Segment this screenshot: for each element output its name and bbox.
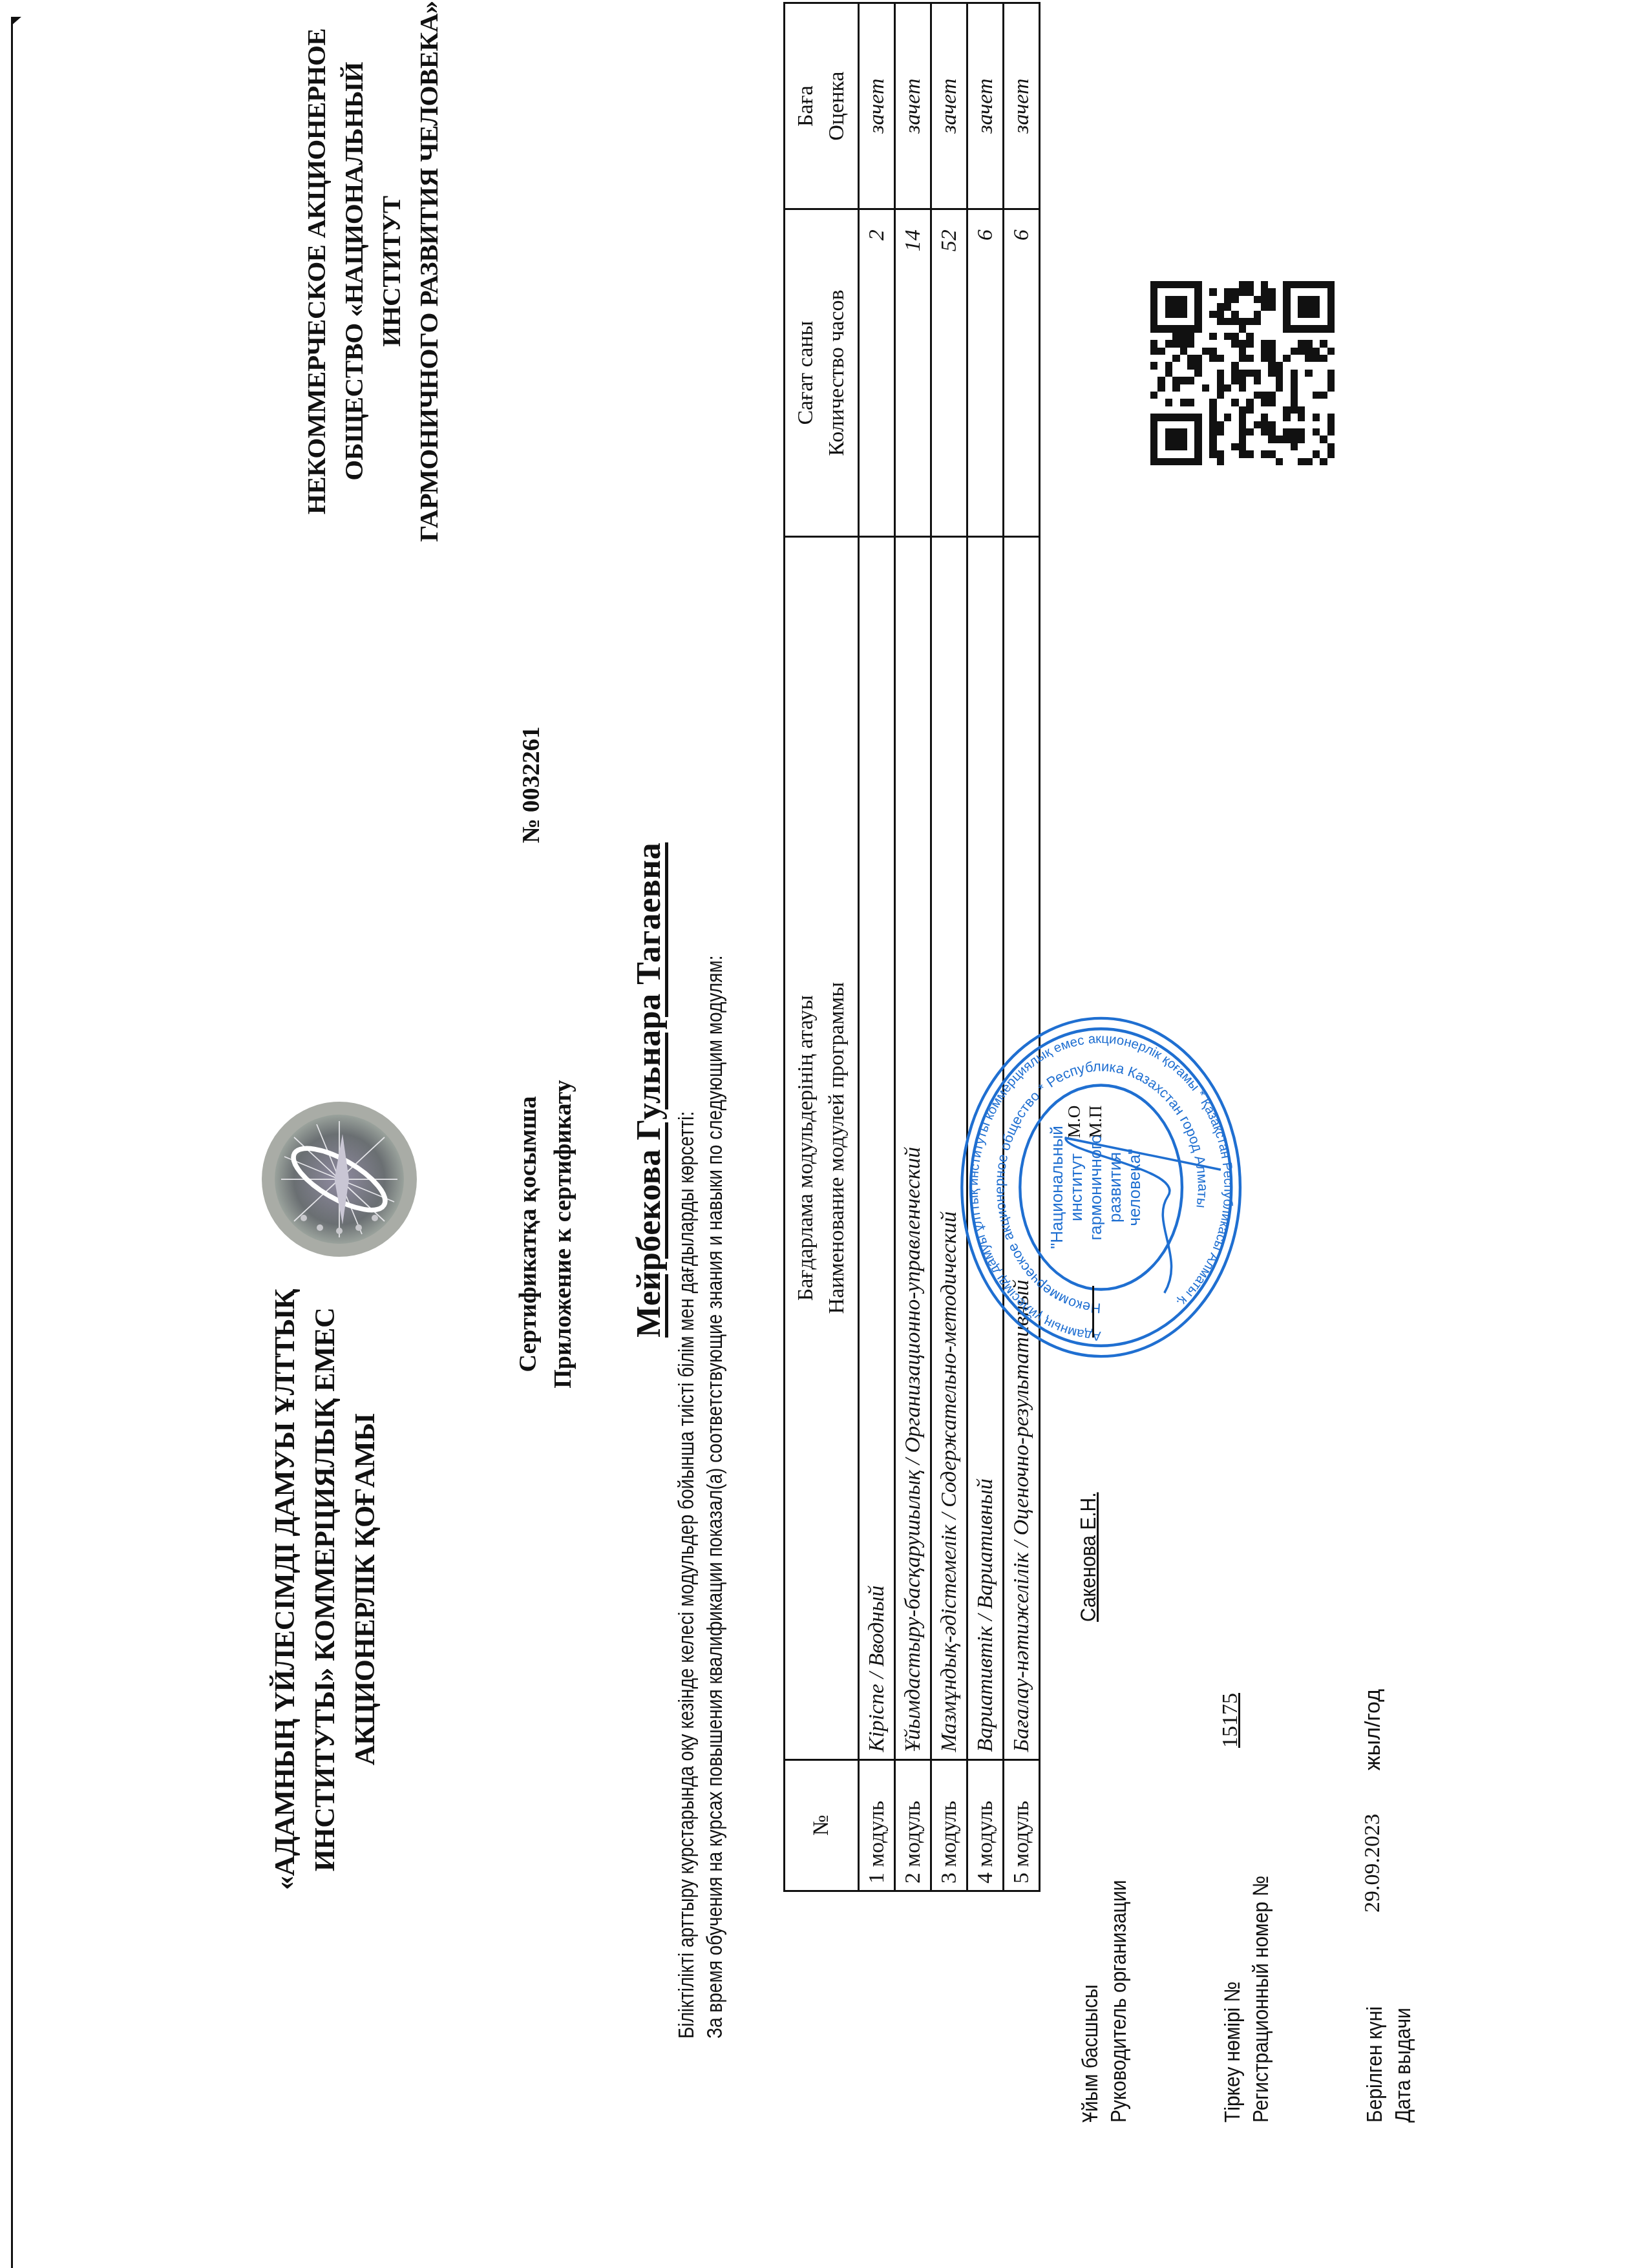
intro-text-ru: За время обучения на курсах повышения кв… bbox=[701, 955, 729, 2039]
module-number: 3 модуль bbox=[931, 1759, 967, 1891]
recipient-name: Мейрбекова Гульнара Тагаевна bbox=[630, 843, 668, 1338]
module-hours: 52 bbox=[931, 209, 967, 537]
module-number: 2 модуль bbox=[895, 1759, 931, 1891]
module-hours: 6 bbox=[1004, 209, 1040, 537]
issue-date-value: 29.09.2023 bbox=[1360, 1814, 1385, 1913]
module-name: Ұйымдастыру-басқарушылық / Организационн… bbox=[895, 536, 931, 1759]
modules-table: № Бағдарлама модульдерінің атауы Наимено… bbox=[783, 2, 1041, 1892]
signatory-name: Сакенова Е.Н. bbox=[1076, 1492, 1101, 1622]
module-hours: 2 bbox=[859, 209, 895, 537]
certificate-appendix-page: «АДАМНЫҢ ҮЙЛЕСІМДІ ДАМУЫ ҰЛТТЫҚ ИНСТИТУТ… bbox=[0, 0, 1648, 2268]
organization-name-kz: «АДАМНЫҢ ҮЙЛЕСІМДІ ДАМУЫ ҰЛТТЫҚ ИНСТИТУТ… bbox=[265, 1215, 385, 1964]
module-number: 1 модуль bbox=[859, 1759, 895, 1891]
table-row: 4 модульВариативтік / Вариативный6зачет bbox=[967, 3, 1004, 1891]
header-hours: Сағат саны Количество часов bbox=[785, 209, 859, 537]
table-row: 1 модульКіріспе / Вводный2зачет bbox=[859, 3, 895, 1891]
module-grade: зачет bbox=[859, 3, 895, 209]
module-name: Кіріспе / Вводный bbox=[859, 536, 895, 1759]
table-header-row: № Бағдарлама модульдерінің атауы Наимено… bbox=[785, 3, 859, 1891]
module-number: 5 модуль bbox=[1004, 1759, 1040, 1891]
module-hours: 6 bbox=[967, 209, 1004, 537]
organization-stamp: Адамның үйлесімді дамуы ұлттық институты… bbox=[956, 1011, 1247, 1363]
signature-line bbox=[1092, 1286, 1094, 1338]
qr-code-icon[interactable] bbox=[1150, 281, 1335, 465]
svg-text:гармоничного: гармоничного bbox=[1087, 1135, 1105, 1241]
intro-text: Біліктілікті арттыру курстарында оқу кез… bbox=[672, 955, 729, 2039]
institute-emblem-icon bbox=[259, 1098, 420, 1260]
stamp-mark-ru: М.П bbox=[1086, 1105, 1105, 1138]
module-grade: зачет bbox=[895, 3, 931, 209]
module-grade: зачет bbox=[967, 3, 1004, 209]
svg-text:институт: институт bbox=[1068, 1153, 1086, 1221]
table-row: 3 модульМазмұндық-әдістемелік / Содержат… bbox=[931, 3, 967, 1891]
issue-date-label: Берілген күні Дата выдачи bbox=[1360, 2006, 1417, 2123]
module-grade: зачет bbox=[931, 3, 967, 209]
issue-year-suffix: жыл/год bbox=[1360, 1689, 1386, 1770]
intro-text-kz: Біліктілікті арттыру курстарында оқу кез… bbox=[672, 955, 701, 2039]
table-row: 5 модульБағалау-нәтижелілік / Оценочно-р… bbox=[1004, 3, 1040, 1891]
appendix-title: Сертификатқа қосымша Приложение к сертиф… bbox=[511, 1040, 580, 1428]
header-number: № bbox=[785, 1759, 859, 1891]
module-hours: 14 bbox=[895, 209, 931, 537]
table-row: 2 модульҰйымдастыру-басқарушылық / Орган… bbox=[895, 3, 931, 1891]
svg-text:человека": человека" bbox=[1126, 1148, 1144, 1226]
registration-number: 15175 bbox=[1218, 1693, 1243, 1748]
certificate-number: № 0032261 bbox=[517, 726, 545, 843]
module-grade: зачет bbox=[1004, 3, 1040, 209]
stamp-mark-kz: М.О bbox=[1064, 1105, 1084, 1138]
registration-label: Тіркеу нөмірі № Регистрационный номер № bbox=[1218, 1876, 1275, 2123]
header-grade: Баға Оценка bbox=[785, 3, 859, 209]
module-number: 4 модуль bbox=[967, 1759, 1004, 1891]
svg-text:"Национальный: "Национальный bbox=[1048, 1126, 1066, 1249]
organization-name-ru: НЕКОММЕРЧЕСКОЕ АКЦИОНЕРНОЕ ОБЩЕСТВО «НАЦ… bbox=[297, 0, 447, 556]
signatory-label: Ұйым басшысы Руководитель организации bbox=[1076, 1880, 1133, 2123]
header-module-name: Бағдарлама модульдерінің атауы Наименова… bbox=[785, 536, 859, 1759]
